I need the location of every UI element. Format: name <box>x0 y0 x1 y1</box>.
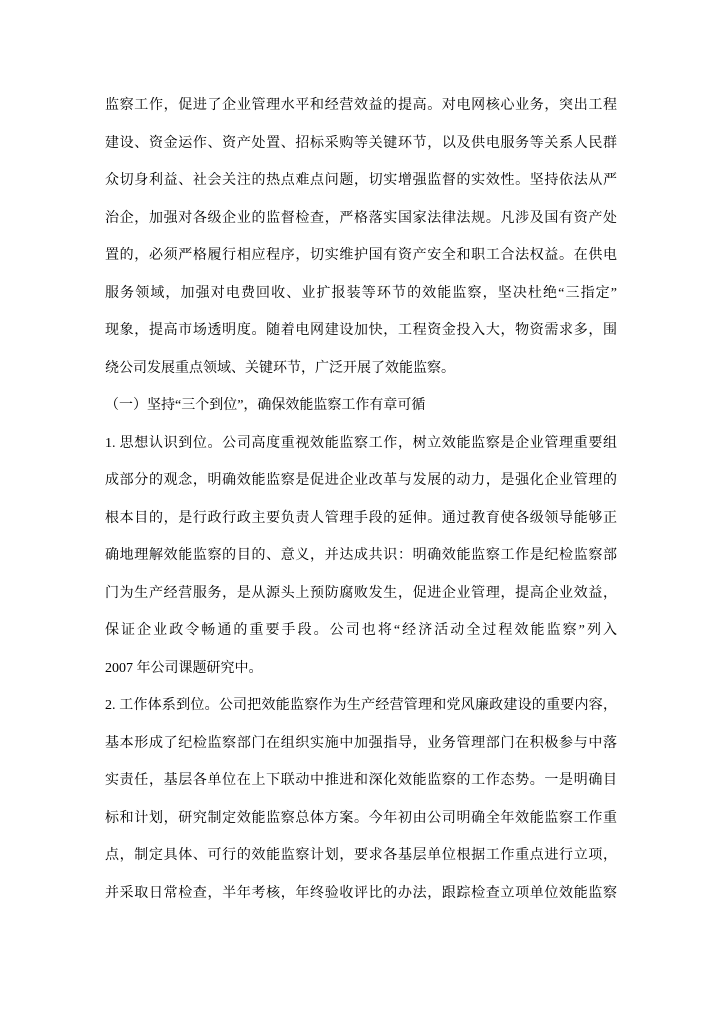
document-page: 监察工作，促进了企业管理水平和经营效益的提高。对电网核心业务，突出工程 建设、资… <box>0 0 721 1020</box>
text-line: 置的，必须严格履行相应程序，切实维护国有资产安全和职工合法权益。在供电 <box>105 237 617 275</box>
text-line: 并采取日常检查，半年考核，年终验收评比的办法，跟踪检查立项单位效能监察 <box>105 875 617 913</box>
section-heading: （一）坚持“三个到位”，确保效能监察工作有章可循 <box>105 387 617 425</box>
text-line: 1. 思想认识到位。公司高度重视效能监察工作，树立效能监察是企业管理重要组 <box>105 425 617 463</box>
text-line: 治企，加强对各级企业的监督检查，严格落实国家法律法规。凡涉及国有资产处 <box>105 200 617 238</box>
text-line: 实责任，基层各单位在上下联动中推进和深化效能监察的工作态势。一是明确目 <box>105 762 617 800</box>
document-text-block: 监察工作，促进了企业管理水平和经营效益的提高。对电网核心业务，突出工程 建设、资… <box>105 87 617 912</box>
text-line: 监察工作，促进了企业管理水平和经营效益的提高。对电网核心业务，突出工程 <box>105 87 617 125</box>
text-line: 2. 工作体系到位。公司把效能监察作为生产经营管理和党风廉政建设的重要内容， <box>105 687 617 725</box>
text-line: 标和计划，研究制定效能监察总体方案。今年初由公司明确全年效能监察工作重 <box>105 800 617 838</box>
text-line: 保证企业政令畅通的重要手段。公司也将“经济活动全过程效能监察”列入 <box>105 612 617 650</box>
text-line: 2007 年公司课题研究中。 <box>105 650 617 688</box>
text-line: 基本形成了纪检监察部门在组织实施中加强指导，业务管理部门在积极参与中落 <box>105 725 617 763</box>
text-line: 根本目的，是行政行政主要负责人管理手段的延伸。通过教育使各级领导能够正 <box>105 500 617 538</box>
text-line: 成部分的观念，明确效能监察是促进企业改革与发展的动力，是强化企业管理的 <box>105 462 617 500</box>
text-line: 确地理解效能监察的目的、意义，并达成共识：明确效能监察工作是纪检监察部 <box>105 537 617 575</box>
text-line: 现象，提高市场透明度。随着电网建设加快，工程资金投入大，物资需求多，围 <box>105 312 617 350</box>
text-line: 点，制定具体、可行的效能监察计划，要求各基层单位根据工作重点进行立项， <box>105 837 617 875</box>
text-line: 门为生产经营服务，是从源头上预防腐败发生，促进企业管理，提高企业效益， <box>105 575 617 613</box>
text-line: 绕公司发展重点领域、关键环节，广泛开展了效能监察。 <box>105 350 617 388</box>
text-line: 众切身利益、社会关注的热点难点问题，切实增强监督的实效性。坚持依法从严 <box>105 162 617 200</box>
text-line: 服务领域，加强对电费回收、业扩报装等环节的效能监察，坚决杜绝“三指定” <box>105 275 617 313</box>
text-line: 建设、资金运作、资产处置、招标采购等关键环节，以及供电服务等关系人民群 <box>105 125 617 163</box>
